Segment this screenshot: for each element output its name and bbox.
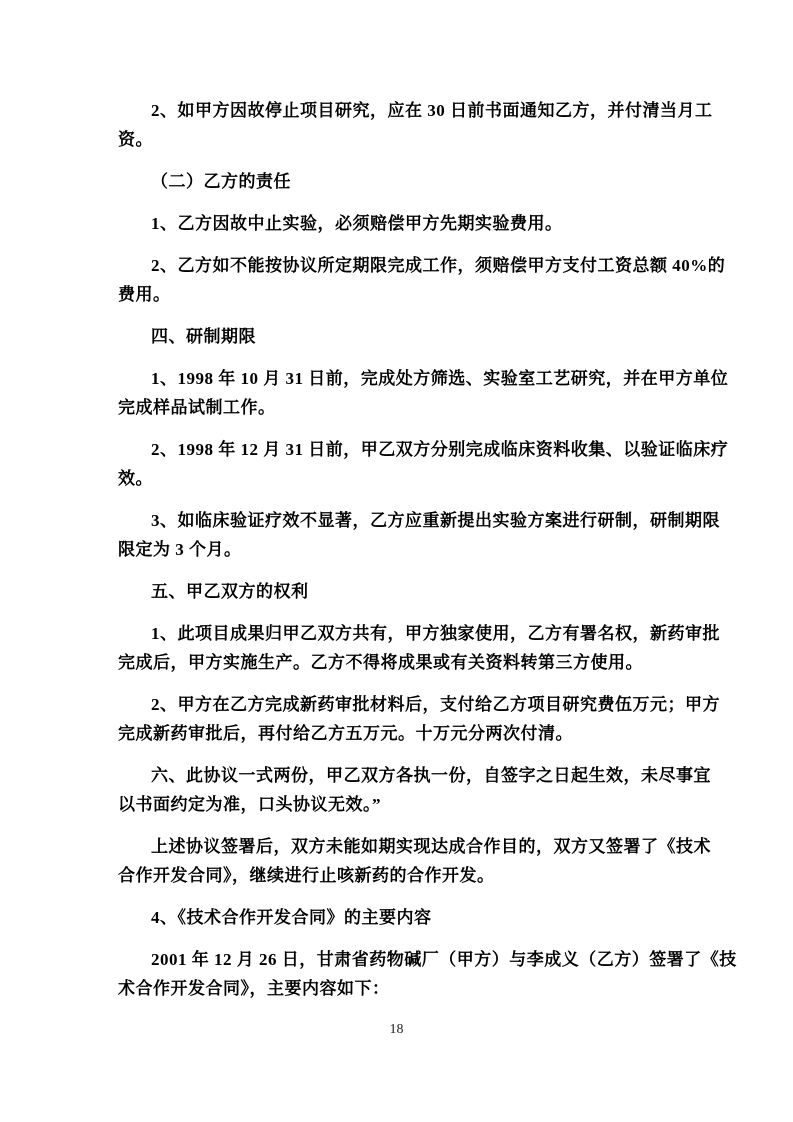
text-line: 资。: [118, 125, 678, 154]
paragraph: 五、甲乙双方的权利: [118, 577, 678, 606]
paragraph: 2、如甲方因故停止项目研究，应在 30 日前书面通知乙方，并付清当月工资。: [118, 96, 678, 154]
paragraph: （二）乙方的责任: [118, 167, 678, 196]
text-line: 限定为 3 个月。: [118, 535, 678, 564]
text-line: 合作开发合同》，继续进行止咳新药的合作开发。: [118, 861, 678, 890]
paragraph: 2、1998 年 12 月 31 日前，甲乙双方分别完成临床资料收集、以验证临床…: [118, 435, 678, 493]
text-line: 六、此协议一式两份，甲乙双方各执一份，自签字之日起生效，未尽事宜: [118, 761, 678, 790]
text-line: 3、如临床验证疗效不显著，乙方应重新提出实验方案进行研制，研制期限: [118, 506, 678, 535]
paragraph: 2、乙方如不能按协议所定期限完成工作，须赔偿甲方支付工资总额 40%的费用。: [118, 251, 678, 309]
text-line: 1、1998 年 10 月 31 日前，完成处方筛选、实验室工艺研究，并在甲方单…: [118, 364, 678, 393]
text-line: 4、《技术合作开发合同》的主要内容: [118, 903, 678, 932]
text-line: 完成后，甲方实施生产。乙方不得将成果或有关资料转第三方使用。: [118, 648, 678, 677]
text-line: 1、此项目成果归甲乙双方共有，甲方独家使用，乙方有署名权，新药审批: [118, 619, 678, 648]
paragraph: 1、此项目成果归甲乙双方共有，甲方独家使用，乙方有署名权，新药审批完成后，甲方实…: [118, 619, 678, 677]
text-line: 2、甲方在乙方完成新药审批材料后，支付给乙方项目研究费伍万元；甲方: [118, 690, 678, 719]
text-line: 术合作开发合同》，主要内容如下：: [118, 974, 678, 1003]
text-line: （二）乙方的责任: [118, 167, 678, 196]
paragraph: 上述协议签署后，双方未能如期实现达成合作目的，双方又签署了《技术合作开发合同》，…: [118, 832, 678, 890]
paragraph: 2001 年 12 月 26 日，甘肃省药物碱厂（甲方）与李成义（乙方）签署了《…: [118, 945, 678, 1003]
text-line: 2、乙方如不能按协议所定期限完成工作，须赔偿甲方支付工资总额 40%的: [118, 251, 678, 280]
paragraph: 4、《技术合作开发合同》的主要内容: [118, 903, 678, 932]
text-line: 五、甲乙双方的权利: [118, 577, 678, 606]
paragraph: 1、1998 年 10 月 31 日前，完成处方筛选、实验室工艺研究，并在甲方单…: [118, 364, 678, 422]
text-line: 上述协议签署后，双方未能如期实现达成合作目的，双方又签署了《技术: [118, 832, 678, 861]
paragraph: 1、乙方因故中止实验，必须赔偿甲方先期实验费用。: [118, 209, 678, 238]
document-page: 2、如甲方因故停止项目研究，应在 30 日前书面通知乙方，并付清当月工资。（二）…: [0, 0, 793, 1122]
page-number: 18: [0, 1022, 793, 1038]
text-line: 1、乙方因故中止实验，必须赔偿甲方先期实验费用。: [118, 209, 678, 238]
text-line: 2、如甲方因故停止项目研究，应在 30 日前书面通知乙方，并付清当月工: [118, 96, 678, 125]
text-line: 完成新药审批后，再付给乙方五万元。十万元分两次付清。: [118, 719, 678, 748]
paragraph: 四、研制期限: [118, 322, 678, 351]
text-line: 四、研制期限: [118, 322, 678, 351]
text-line: 完成样品试制工作。: [118, 393, 678, 422]
text-line: 以书面约定为准，口头协议无效。”: [118, 790, 678, 819]
text-block: 2、如甲方因故停止项目研究，应在 30 日前书面通知乙方，并付清当月工资。（二）…: [118, 96, 678, 1016]
paragraph: 2、甲方在乙方完成新药审批材料后，支付给乙方项目研究费伍万元；甲方完成新药审批后…: [118, 690, 678, 748]
text-line: 2001 年 12 月 26 日，甘肃省药物碱厂（甲方）与李成义（乙方）签署了《…: [118, 945, 678, 974]
text-line: 2、1998 年 12 月 31 日前，甲乙双方分别完成临床资料收集、以验证临床…: [118, 435, 678, 464]
text-line: 效。: [118, 464, 678, 493]
paragraph: 六、此协议一式两份，甲乙双方各执一份，自签字之日起生效，未尽事宜以书面约定为准，…: [118, 761, 678, 819]
paragraph: 3、如临床验证疗效不显著，乙方应重新提出实验方案进行研制，研制期限限定为 3 个…: [118, 506, 678, 564]
text-line: 费用。: [118, 280, 678, 309]
